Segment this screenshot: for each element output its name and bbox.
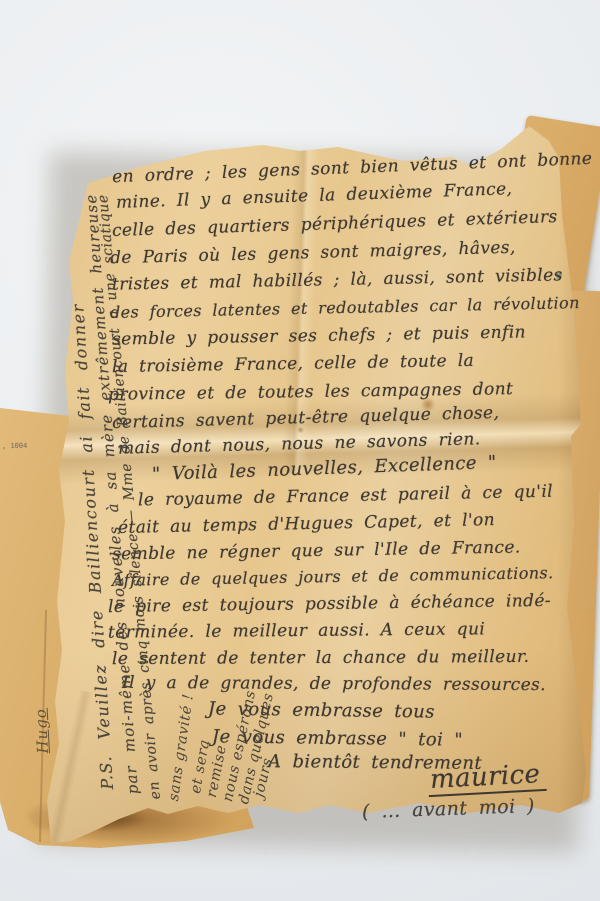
letter-photo: , 1004 Hugo en ordre ; les gens sont bie… [0,0,600,901]
letter-line: le sentent de tenter la chance du meille… [112,647,530,669]
printed-label: , 1004 [2,442,27,450]
signature: maurice [427,759,547,797]
edge-scribble: Hugo [32,708,52,754]
letter-line: Il y a de grandes, de profondes ressourc… [122,673,546,695]
letter-line: terminée. le meilleur aussi. A ceux qui [108,619,485,642]
